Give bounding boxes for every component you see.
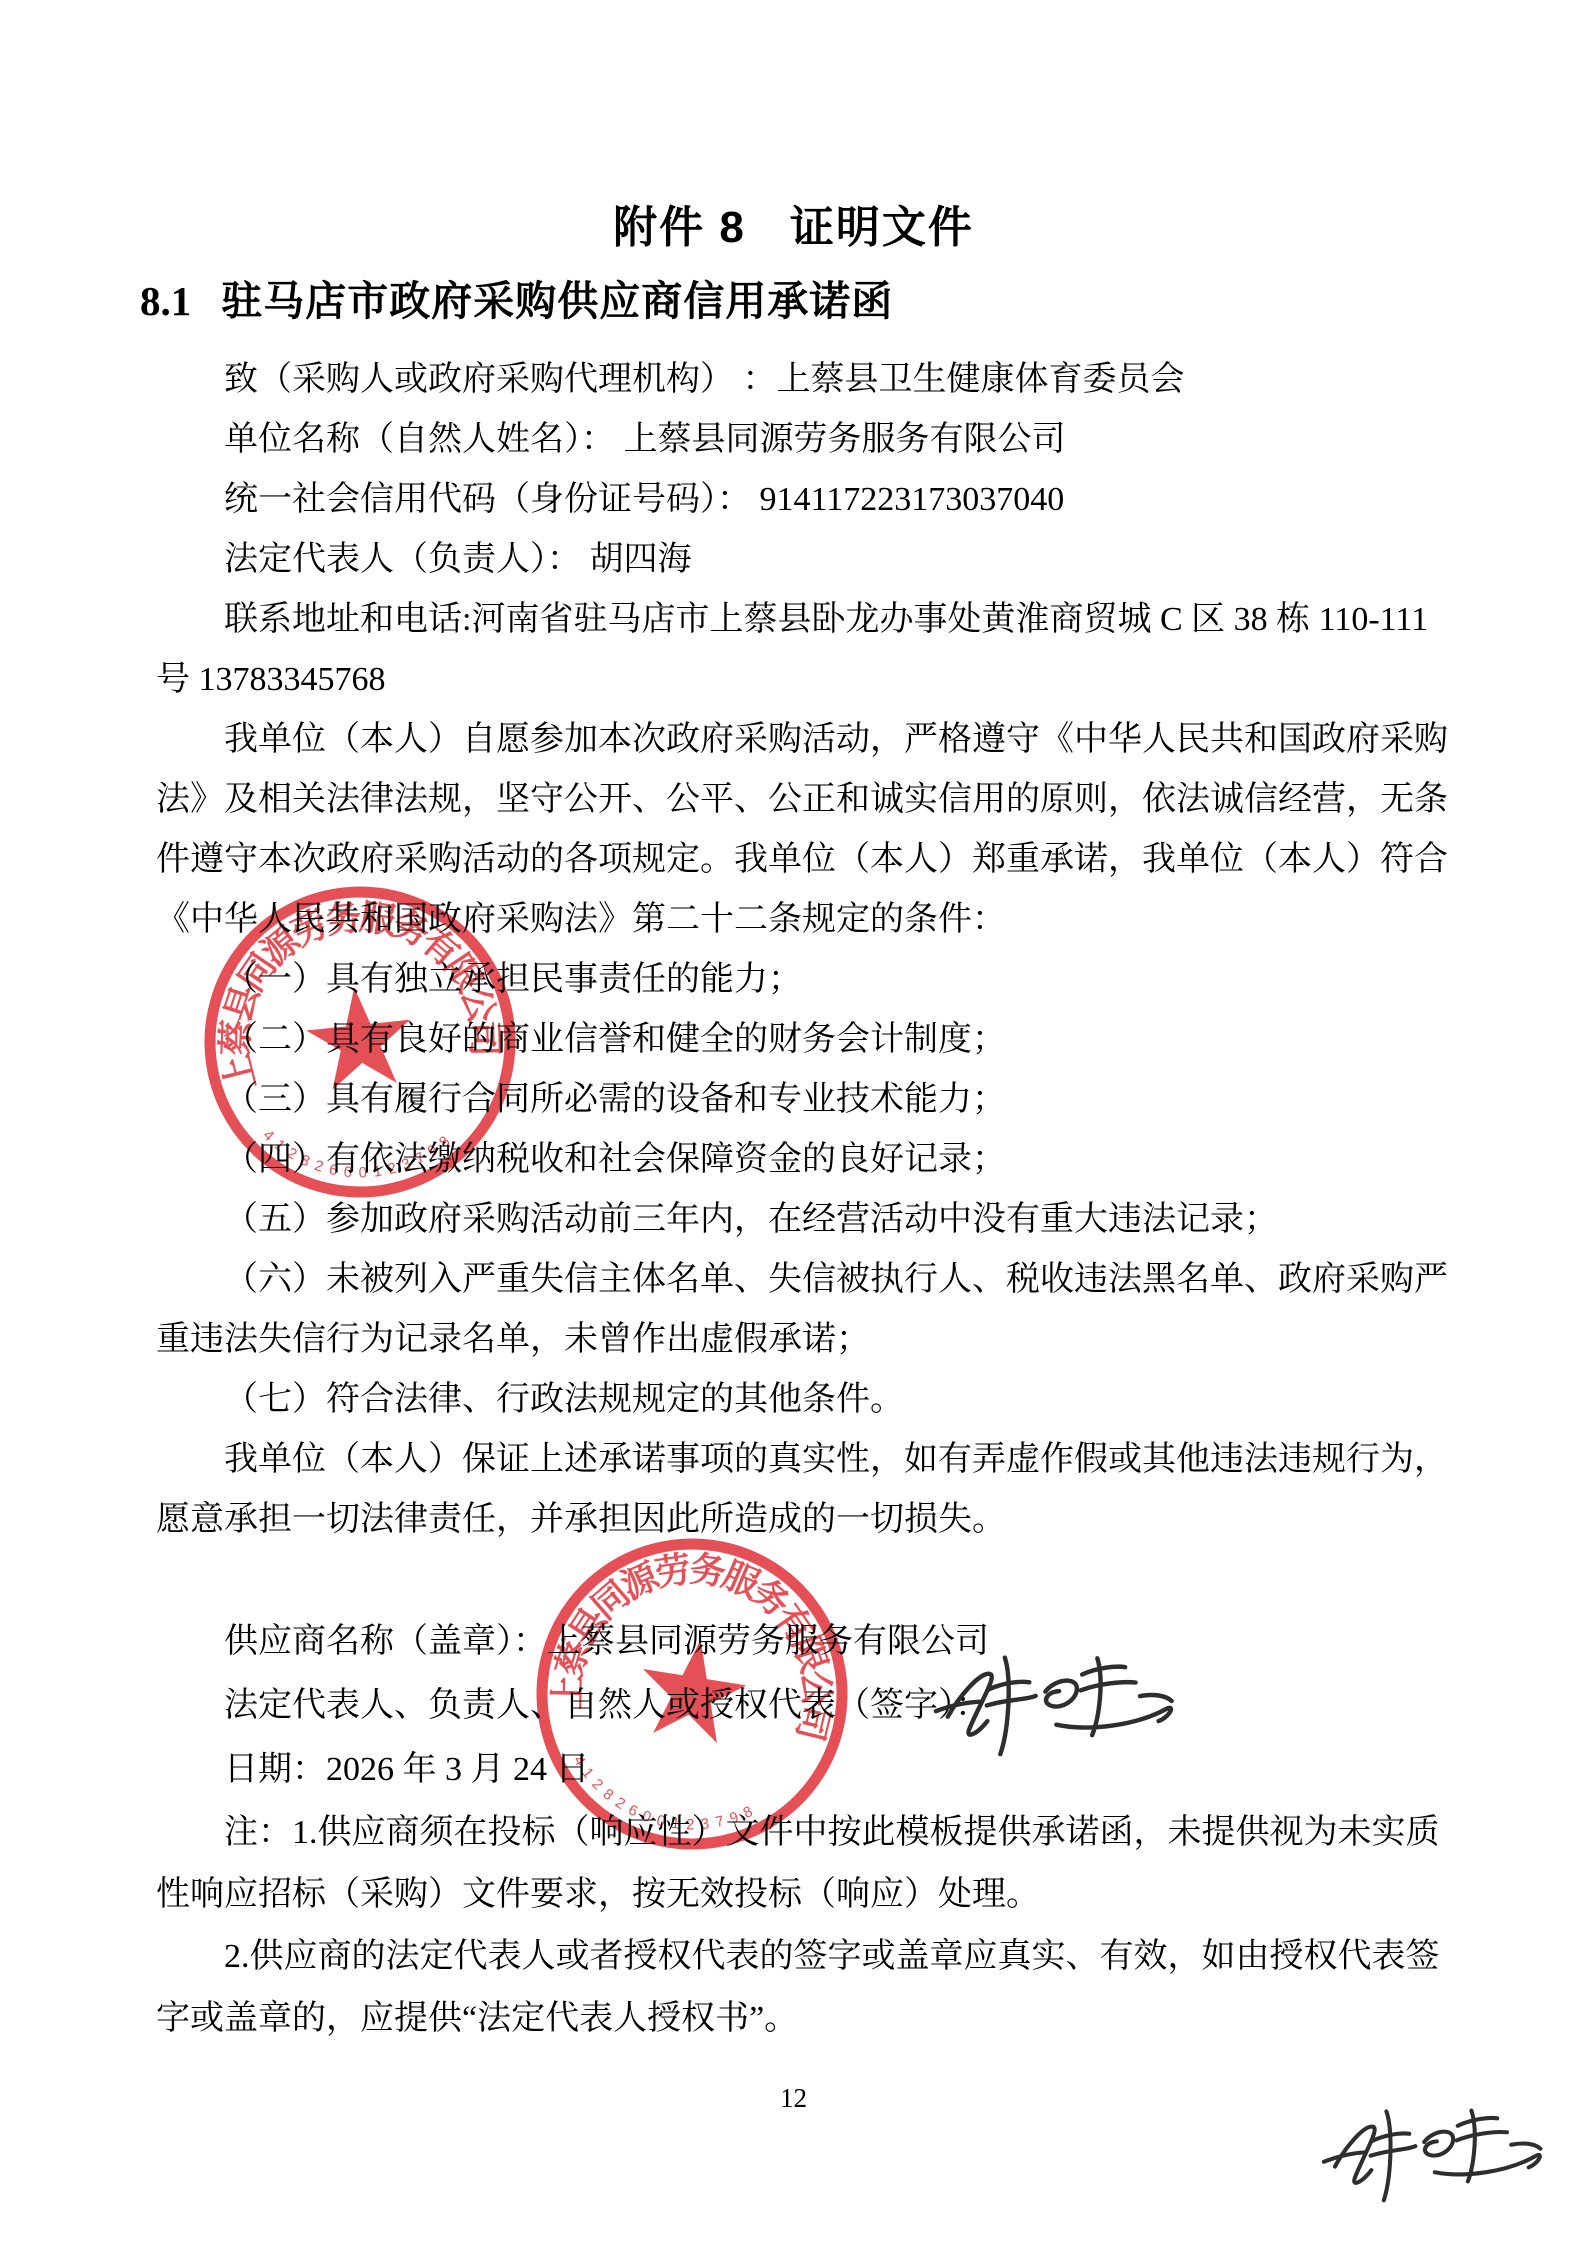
notes-block: 注：1.供应商须在投标（响应性）文件中按此模板提供承诺函，未提供视为未实质 性响…	[156, 1802, 1486, 2050]
note-line: 性响应招标（采购）文件要求，按无效投标（响应）处理。	[156, 1864, 1486, 1926]
representative-line: 法定代表人、负责人、自然人或授权代表（签字）：	[224, 1674, 1424, 1738]
note-line: 注：1.供应商须在投标（响应性）文件中按此模板提供承诺函，未提供视为未实质	[156, 1802, 1486, 1864]
body-line: 单位名称（自然人姓名）： 上蔡县同源劳务服务有限公司	[156, 410, 1486, 470]
body-line: （一）具有独立承担民事责任的能力；	[156, 950, 1486, 1010]
page-number: 12	[0, 2082, 1587, 2114]
note-line: 字或盖章的，应提供“法定代表人授权书”。	[156, 1988, 1486, 2050]
attachment-number: 附件 8	[613, 203, 746, 252]
body-line: （七）符合法律、行政法规规定的其他条件。	[156, 1370, 1486, 1430]
body-line: 《中华人民共和国政府采购法》第二十二条规定的条件：	[156, 890, 1486, 950]
body-line: 联系地址和电话:河南省驻马店市上蔡县卧龙办事处黄淮商贸城 C 区 38 栋 11…	[156, 590, 1486, 650]
date-line: 日期：2026 年 3 月 24 日	[224, 1738, 1424, 1802]
body-line: （三）具有履行合同所必需的设备和专业技术能力；	[156, 1070, 1486, 1130]
document-title: 附件 8证明文件	[0, 202, 1587, 254]
body-line: 统一社会信用代码（身份证号码）： 914117223173037040	[156, 470, 1486, 530]
body-line: 我单位（本人）保证上述承诺事项的真实性，如有弄虚作假或其他违法违规行为，	[156, 1430, 1486, 1490]
note-line: 2.供应商的法定代表人或者授权代表的签字或盖章应真实、有效，如由授权代表签	[156, 1926, 1486, 1988]
document-page: 附件 8证明文件 8.1驻马店市政府采购供应商信用承诺函 致（采购人或政府采购代…	[0, 0, 1587, 2245]
body-line: （五）参加政府采购活动前三年内，在经营活动中没有重大违法记录；	[156, 1190, 1486, 1250]
letter-body: 致（采购人或政府采购代理机构） ：上蔡县卫生健康体育委员会 单位名称（自然人姓名…	[156, 350, 1486, 1550]
body-line: 法》及相关法律法规，坚守公开、公平、公正和诚实信用的原则，依法诚信经营，无条	[156, 770, 1486, 830]
body-line: 件遵守本次政府采购活动的各项规定。我单位（本人）郑重承诺，我单位（本人）符合	[156, 830, 1486, 890]
body-line: 号 13783345768	[156, 650, 1486, 710]
body-line: （二）具有良好的商业信誉和健全的财务会计制度；	[156, 1010, 1486, 1070]
body-line: （四）有依法缴纳税收和社会保障资金的良好记录；	[156, 1130, 1486, 1190]
section-title: 驻马店市政府采购供应商信用承诺函	[221, 278, 893, 324]
signing-block: 供应商名称（盖章）：上蔡县同源劳务服务有限公司 法定代表人、负责人、自然人或授权…	[224, 1610, 1424, 1802]
body-line: 致（采购人或政府采购代理机构） ：上蔡县卫生健康体育委员会	[156, 350, 1486, 410]
body-line: 法定代表人（负责人）： 胡四海	[156, 530, 1486, 590]
body-line: （六）未被列入严重失信主体名单、失信被执行人、税收违法黑名单、政府采购严	[156, 1250, 1486, 1310]
body-line: 重违法失信行为记录名单，未曾作出虚假承诺；	[156, 1310, 1486, 1370]
section-number: 8.1	[140, 278, 191, 324]
supplier-seal-line: 供应商名称（盖章）：上蔡县同源劳务服务有限公司	[224, 1610, 1424, 1674]
document-title-label: 证明文件	[790, 203, 974, 252]
body-line: 我单位（本人）自愿参加本次政府采购活动，严格遵守《中华人民共和国政府采购	[156, 710, 1486, 770]
body-line: 愿意承担一切法律责任，并承担因此所造成的一切损失。	[156, 1490, 1486, 1550]
section-heading: 8.1驻马店市政府采购供应商信用承诺函	[140, 276, 893, 326]
